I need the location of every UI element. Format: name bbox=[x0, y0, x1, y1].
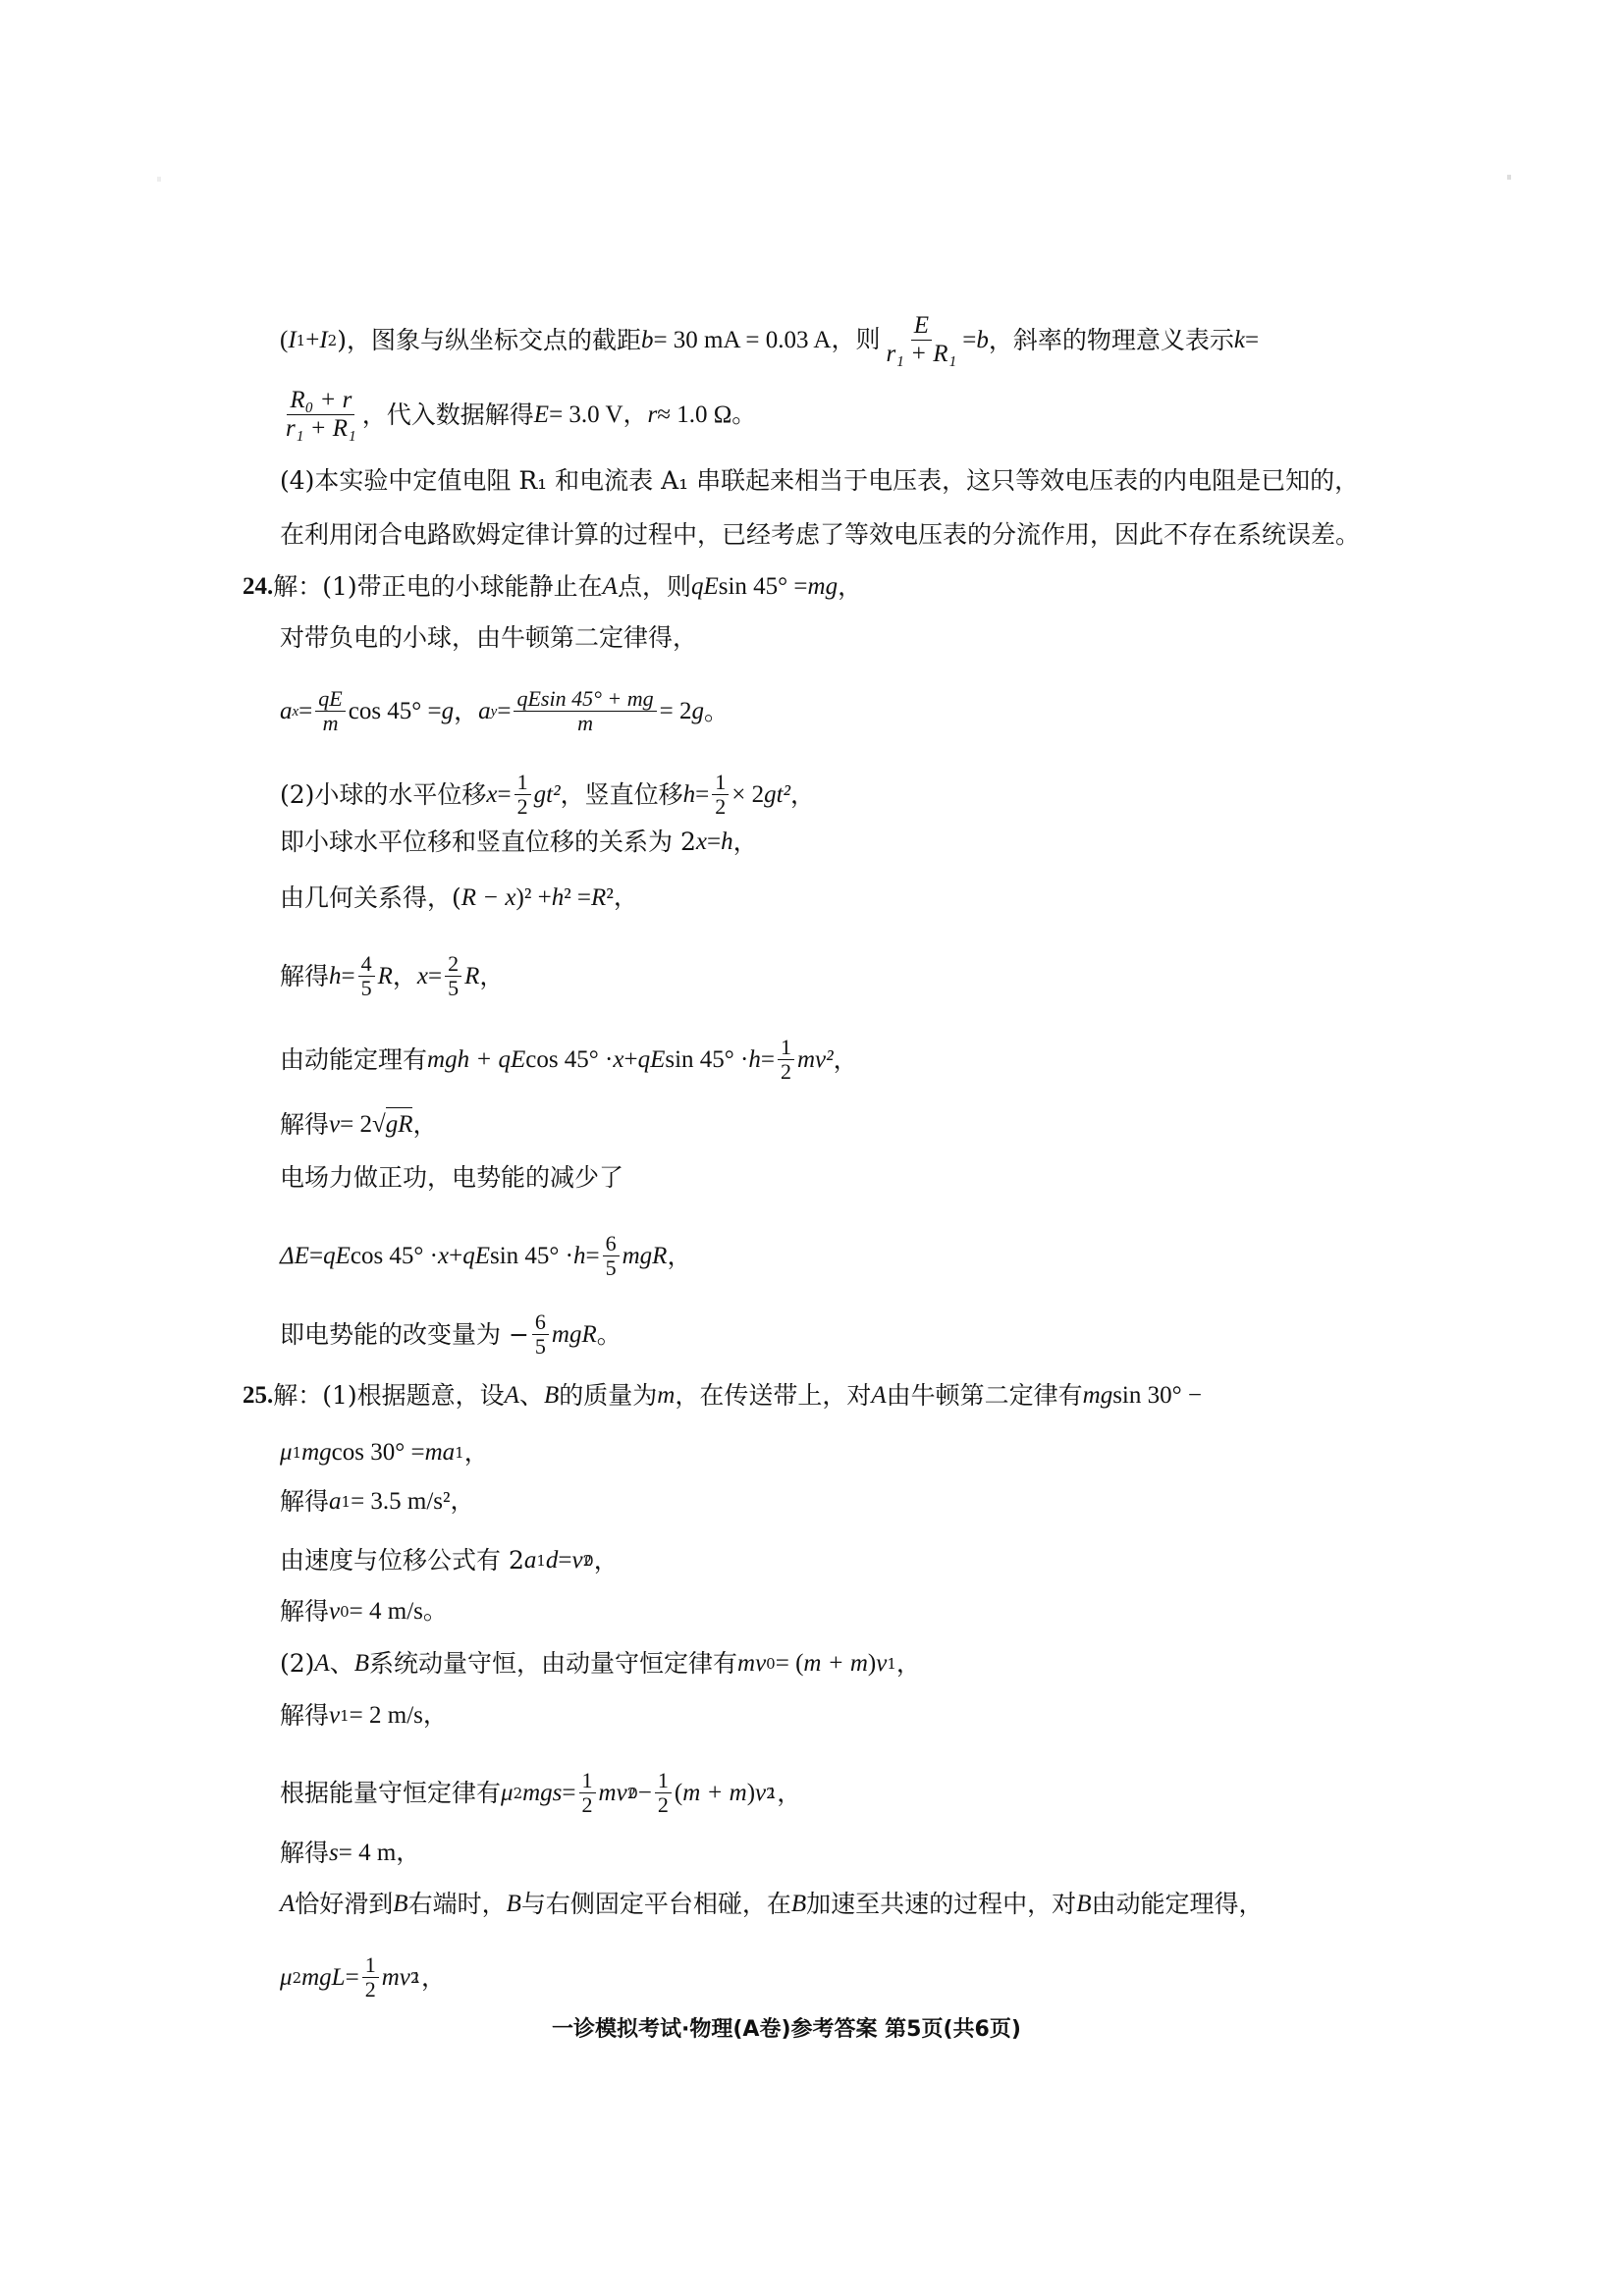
text: 在利用闭合电路欧姆定律计算的过程中，已经考虑了等效电压表的分流作用，因此不存在系… bbox=[280, 518, 1360, 552]
expr: mgh + qE bbox=[427, 1043, 525, 1077]
denominator: 5 bbox=[603, 1256, 620, 1280]
equation-a1: 解得 a1 = 3.5 m/s²， bbox=[280, 1485, 475, 1519]
denominator: 5 bbox=[358, 977, 375, 1000]
var-mu: μ bbox=[280, 1961, 293, 1995]
text: = ( bbox=[776, 1647, 804, 1681]
text: = 4 m， bbox=[339, 1837, 421, 1870]
text: ，竖直位移 bbox=[561, 778, 683, 812]
numerator: 6 bbox=[532, 1310, 549, 1335]
fraction: 45 bbox=[358, 952, 375, 1000]
sqrt-content: gR bbox=[386, 1107, 413, 1142]
text: )，图象与纵坐标交点的截距 bbox=[337, 324, 641, 357]
expr: mgR bbox=[623, 1240, 668, 1273]
var-E: E bbox=[534, 399, 549, 432]
var-d: d bbox=[546, 1544, 559, 1577]
text: (4)本实验中定值电阻 R₁ 和电流表 A₁ 串联起来相当于电压表，这只等效电压… bbox=[280, 464, 1359, 498]
denominator: 2 bbox=[712, 795, 729, 819]
expr: m + m bbox=[682, 1777, 746, 1810]
text: 解得 bbox=[280, 1699, 329, 1733]
text: sin 45° · bbox=[490, 1240, 573, 1273]
denominator: 2 bbox=[514, 795, 531, 819]
text: 解得 bbox=[280, 1595, 329, 1629]
sub: 1 bbox=[297, 324, 306, 357]
numerator: qE bbox=[315, 687, 345, 712]
text-line-intercept: (I1+I2)，图象与纵坐标交点的截距 b = 30 mA = 0.03 A，则… bbox=[280, 312, 1259, 368]
text: 、 bbox=[330, 1647, 354, 1681]
numerator: R₀ + r bbox=[287, 387, 354, 415]
question-24-header: 24.解：(1)带正电的小球能静止在 A 点，则 qEsin 45° = mg， bbox=[243, 570, 862, 604]
var-mu: μ bbox=[280, 1436, 293, 1469]
var-v: v bbox=[329, 1108, 340, 1142]
text: 。 bbox=[704, 695, 729, 728]
text: (2) bbox=[280, 1647, 314, 1681]
expr: mgR bbox=[552, 1318, 597, 1352]
equation-kinematics: 由速度与位移公式有 2a1d = v20， bbox=[280, 1544, 619, 1577]
text: 即电势能的改变量为 − bbox=[280, 1318, 529, 1352]
text: = 30 mA = 0.03 A，则 bbox=[653, 324, 880, 357]
text: ，代入数据解得 bbox=[362, 399, 534, 432]
text: ) bbox=[868, 1647, 876, 1681]
expr: m + m bbox=[803, 1647, 867, 1681]
sub: 1 bbox=[340, 1699, 350, 1733]
var-h: h bbox=[721, 826, 733, 859]
var-mv: mv bbox=[599, 1777, 627, 1810]
equals: = bbox=[586, 1240, 600, 1273]
text: 系统动量守恒，由动量守恒定律有 bbox=[369, 1647, 737, 1681]
equation-work-energy-b: μ2mgL = 12 mv21， bbox=[280, 1953, 446, 2002]
text: ， bbox=[393, 960, 417, 993]
text: ) bbox=[747, 1777, 755, 1810]
equation-delta-e: ΔE = qEcos 45° · x + qEsin 45° · h = 65 … bbox=[280, 1232, 691, 1280]
numerator: 1 bbox=[778, 1036, 794, 1060]
var-B: B bbox=[354, 1647, 369, 1681]
text: 与右侧固定平台相碰，在 bbox=[521, 1888, 791, 1921]
text-line-part4-a: (4)本实验中定值电阻 R₁ 和电流表 A₁ 串联起来相当于电压表，这只等效电压… bbox=[280, 464, 1359, 498]
equation-friction: μ1mgcos 30° = ma1， bbox=[280, 1436, 489, 1469]
text: 加速至共速的过程中，对 bbox=[806, 1888, 1076, 1921]
denominator: m bbox=[320, 712, 342, 735]
var-qE: qE bbox=[691, 570, 719, 604]
equation-geometry: 由几何关系得，(R − x)² + h² = R²， bbox=[280, 881, 638, 915]
text: 即小球水平位移和竖直位移的关系为 2 bbox=[280, 826, 696, 859]
var-k: k bbox=[1234, 324, 1245, 357]
text-line-result-e-r: R₀ + rr₁ + R₁ ，代入数据解得 E = 3.0 V，r ≈ 1.0 … bbox=[280, 387, 756, 443]
numerator: 2 bbox=[445, 952, 461, 977]
denominator: 2 bbox=[778, 1060, 794, 1084]
equals: = bbox=[497, 695, 511, 728]
text: = 2 m/s， bbox=[350, 1699, 448, 1733]
text: ， bbox=[733, 826, 758, 859]
text: cos 30° = bbox=[332, 1436, 425, 1469]
numerator: 1 bbox=[579, 1769, 596, 1793]
equals: = bbox=[695, 778, 709, 812]
fraction-half: 12 bbox=[712, 771, 729, 819]
var-a: a bbox=[280, 695, 293, 728]
equation-s: 解得 s = 4 m， bbox=[280, 1837, 420, 1870]
var-R: R bbox=[464, 960, 479, 993]
var-v: v bbox=[329, 1699, 340, 1733]
var-h: h bbox=[552, 881, 565, 915]
var-qE: qE bbox=[462, 1240, 490, 1273]
sub: 2 bbox=[293, 1961, 302, 1995]
text: sin 45° = bbox=[719, 570, 808, 604]
text: (2)小球的水平位移 bbox=[280, 778, 486, 812]
sub: 0 bbox=[340, 1595, 350, 1629]
sub: 1 bbox=[411, 1961, 421, 1995]
var-s: s bbox=[329, 1837, 339, 1870]
text: ， bbox=[896, 1647, 921, 1681]
text: = 3.5 m/s²， bbox=[351, 1485, 474, 1519]
var-qE: qE bbox=[638, 1043, 666, 1077]
question-number-25: 25. bbox=[243, 1379, 273, 1413]
var-a: a bbox=[329, 1485, 342, 1519]
text: 解得 bbox=[280, 1837, 329, 1870]
var-mg: mg bbox=[808, 570, 839, 604]
sub: 2 bbox=[328, 324, 338, 357]
text-line: 即小球水平位移和竖直位移的关系为 2x = h， bbox=[280, 826, 758, 859]
equation-v1: 解得 v1 = 2 m/s， bbox=[280, 1699, 448, 1733]
equation-solution-h-x: 解得 h = 45 R，x = 25 R， bbox=[280, 952, 504, 1000]
text: sin 30° − bbox=[1112, 1379, 1202, 1413]
var-v: v bbox=[572, 1544, 583, 1577]
text: 由几何关系得，( bbox=[280, 881, 461, 915]
var-h: h bbox=[748, 1043, 761, 1077]
var-B: B bbox=[1076, 1888, 1091, 1921]
var-A: A bbox=[314, 1647, 329, 1681]
var-gt2: gt² bbox=[764, 778, 790, 812]
var-x: x bbox=[486, 778, 497, 812]
text-line: 对带负电的小球，由牛顿第二定律得， bbox=[280, 621, 697, 655]
equation-v0: 解得 v0 = 4 m/s。 bbox=[280, 1595, 448, 1629]
text-line-collision: A 恰好滑到 B 右端时，B 与右侧固定平台相碰，在 B 加速至共速的过程中，对… bbox=[280, 1888, 1263, 1921]
var-B: B bbox=[507, 1888, 521, 1921]
var-mg: mg bbox=[1083, 1379, 1113, 1413]
var-R: R bbox=[591, 881, 606, 915]
numerator: 4 bbox=[358, 952, 375, 977]
equals: = bbox=[498, 778, 512, 812]
question-25-header: 25.解：(1)根据题意，设 A、B 的质量为 m，在传送带上，对 A 由牛顿第… bbox=[243, 1379, 1202, 1413]
fraction-half: 12 bbox=[579, 1769, 596, 1817]
var-B: B bbox=[393, 1888, 407, 1921]
var-mv: mv bbox=[382, 1961, 410, 1995]
var-g: g bbox=[442, 695, 455, 728]
var-b: b bbox=[641, 324, 654, 357]
equation-momentum: (2)A、B 系统动量守恒，由动量守恒定律有 mv0 = (m + m)v1， bbox=[280, 1647, 921, 1681]
var-A: A bbox=[280, 1888, 295, 1921]
text: ， bbox=[667, 1240, 691, 1273]
sub: 0 bbox=[584, 1544, 594, 1577]
equation-displacement: (2)小球的水平位移 x = 12 gt²，竖直位移 h = 12 × 2gt²… bbox=[280, 771, 815, 819]
text: sin 45° · bbox=[665, 1043, 748, 1077]
fraction: 25 bbox=[445, 952, 461, 1000]
var-R: R bbox=[378, 960, 393, 993]
sub: 1 bbox=[768, 1777, 778, 1810]
sub: 1 bbox=[293, 1436, 302, 1469]
text: 、 bbox=[519, 1379, 544, 1413]
plus: + bbox=[449, 1240, 462, 1273]
plus: + bbox=[305, 324, 319, 357]
equation-work-energy: 由动能定理有 mgh + qEcos 45° · x + qEsin 45° ·… bbox=[280, 1036, 858, 1084]
fraction-half: 12 bbox=[362, 1953, 379, 2002]
text: × 2 bbox=[731, 778, 764, 812]
fraction-half: 12 bbox=[514, 771, 531, 819]
fraction-e-over-r: Er₁ + R₁ bbox=[883, 312, 959, 368]
equals: = bbox=[298, 695, 312, 728]
text: 由动能定理得， bbox=[1091, 1888, 1263, 1921]
text: ， bbox=[777, 1777, 801, 1810]
fraction-half: 12 bbox=[655, 1769, 672, 1817]
fraction-slope: R₀ + rr₁ + R₁ bbox=[283, 387, 359, 443]
text: 的质量为 bbox=[559, 1379, 657, 1413]
text: = 2 bbox=[660, 695, 692, 728]
text: 由动能定理有 bbox=[280, 1043, 427, 1077]
expr: mv² bbox=[797, 1043, 834, 1077]
equals: = bbox=[309, 1240, 323, 1273]
text: 由牛顿第二定律有 bbox=[887, 1379, 1083, 1413]
var-a: a bbox=[478, 695, 491, 728]
equation-energy-conservation: 根据能量守恒定律有 μ2mgs = 12 mv20 − 12 (m + m)v2… bbox=[280, 1769, 801, 1817]
text: ²， bbox=[606, 881, 638, 915]
scan-speck bbox=[1507, 175, 1511, 180]
denominator: m bbox=[574, 712, 596, 735]
fraction: 65 bbox=[603, 1232, 620, 1280]
fraction: qEsin 45° + mgm bbox=[514, 687, 656, 735]
text: ， bbox=[790, 778, 815, 812]
denominator: 2 bbox=[579, 1793, 596, 1817]
denominator: 5 bbox=[532, 1335, 549, 1359]
text-line-part4-b: 在利用闭合电路欧姆定律计算的过程中，已经考虑了等效电压表的分流作用，因此不存在系… bbox=[280, 518, 1360, 552]
text: 电场力做正功，电势能的减少了 bbox=[280, 1161, 623, 1195]
scan-speck bbox=[157, 177, 161, 182]
var-delta-E: ΔE bbox=[280, 1240, 309, 1273]
equals: = bbox=[562, 1777, 575, 1810]
denominator: r₁ + R₁ bbox=[283, 415, 359, 443]
var-A: A bbox=[871, 1379, 886, 1413]
sub: 0 bbox=[766, 1647, 776, 1681]
text-line: 电场力做正功，电势能的减少了 bbox=[280, 1161, 623, 1195]
text: 解得 bbox=[280, 960, 329, 993]
text: 由速度与位移公式有 2 bbox=[280, 1544, 524, 1577]
numerator: 1 bbox=[514, 771, 531, 795]
var-h: h bbox=[573, 1240, 586, 1273]
text: cos 45° = bbox=[349, 695, 442, 728]
var-gt2: gt² bbox=[534, 778, 561, 812]
text: 对带负电的小球，由牛顿第二定律得， bbox=[280, 621, 697, 655]
var-h: h bbox=[329, 960, 342, 993]
text: ，在传送带上，对 bbox=[675, 1379, 871, 1413]
sub: y bbox=[491, 695, 498, 728]
var-qE: qE bbox=[323, 1240, 351, 1273]
equals: = bbox=[962, 324, 976, 357]
expr: mgL bbox=[301, 1961, 345, 1995]
fraction: qEm bbox=[315, 687, 345, 735]
equals: = bbox=[707, 826, 721, 859]
equals: = bbox=[342, 960, 355, 993]
fraction-half: 12 bbox=[778, 1036, 794, 1084]
var-x: x bbox=[613, 1043, 623, 1077]
page-footer: 一诊模拟考试·物理(A卷)参考答案 第5页(共6页) bbox=[552, 2012, 1021, 2043]
text: ， bbox=[479, 960, 504, 993]
equals: = bbox=[761, 1043, 775, 1077]
var-mg: mg bbox=[301, 1436, 332, 1469]
numerator: 6 bbox=[603, 1232, 620, 1256]
text: ， bbox=[834, 1043, 858, 1077]
denominator: r₁ + R₁ bbox=[883, 341, 959, 368]
text: 。 bbox=[597, 1318, 622, 1352]
text: )² + bbox=[516, 881, 552, 915]
text: = 3.0 V， bbox=[549, 399, 647, 432]
numerator: 1 bbox=[362, 1953, 379, 1978]
sub: 2 bbox=[514, 1777, 523, 1810]
text: 右端时， bbox=[408, 1888, 507, 1921]
equation-acceleration: ax = qEm cos 45° = g，ay = qEsin 45° + mg… bbox=[280, 687, 729, 735]
equals: = bbox=[428, 960, 442, 993]
question-number-24: 24. bbox=[243, 570, 273, 604]
text: 解得 bbox=[280, 1485, 329, 1519]
var-I: I bbox=[319, 324, 327, 357]
denominator: 2 bbox=[655, 1793, 672, 1817]
var-v: v bbox=[876, 1647, 887, 1681]
text: ≈ 1.0 Ω。 bbox=[657, 399, 756, 432]
text: 解得 bbox=[280, 1108, 329, 1142]
var-m: m bbox=[657, 1379, 675, 1413]
fraction: 65 bbox=[532, 1310, 549, 1359]
var-h: h bbox=[683, 778, 696, 812]
text: ， bbox=[838, 570, 862, 604]
var-A: A bbox=[603, 570, 618, 604]
var-x: x bbox=[438, 1240, 449, 1273]
denominator: 2 bbox=[362, 1978, 379, 2002]
var-B: B bbox=[544, 1379, 559, 1413]
text: cos 45° · bbox=[351, 1240, 438, 1273]
var-B: B bbox=[791, 1888, 806, 1921]
text: ， bbox=[464, 1436, 489, 1469]
sub: x bbox=[293, 695, 299, 728]
text: 解：(1)根据题意，设 bbox=[273, 1379, 504, 1413]
equals: = bbox=[346, 1961, 359, 1995]
text: = 4 m/s。 bbox=[350, 1595, 448, 1629]
text: ， bbox=[594, 1544, 619, 1577]
text: = 2√ bbox=[340, 1108, 386, 1142]
var-g: g bbox=[691, 695, 704, 728]
equation-potential-change: 即电势能的改变量为 − 65 mgR。 bbox=[280, 1310, 622, 1359]
equation-velocity: 解得 v = 2√gR， bbox=[280, 1107, 438, 1142]
numerator: E bbox=[911, 312, 932, 341]
text: ( bbox=[675, 1777, 682, 1810]
var-b: b bbox=[976, 324, 989, 357]
equals: = bbox=[558, 1544, 571, 1577]
var-x: x bbox=[696, 826, 707, 859]
var-v: v bbox=[755, 1777, 766, 1810]
var-mu: μ bbox=[501, 1777, 514, 1810]
sub: 1 bbox=[536, 1544, 546, 1577]
sub: 0 bbox=[628, 1777, 638, 1810]
expr: mgs bbox=[522, 1777, 562, 1810]
text: ² = bbox=[564, 881, 591, 915]
var-a: a bbox=[524, 1544, 537, 1577]
var-A: A bbox=[505, 1379, 519, 1413]
var-x: x bbox=[417, 960, 428, 993]
numerator: 1 bbox=[655, 1769, 672, 1793]
var-ma: ma bbox=[425, 1436, 456, 1469]
sub: 1 bbox=[342, 1485, 352, 1519]
numerator: qEsin 45° + mg bbox=[514, 687, 656, 712]
text: cos 45° · bbox=[525, 1043, 613, 1077]
denominator: 5 bbox=[445, 977, 461, 1000]
text: ， bbox=[454, 695, 478, 728]
text: 解：(1)带正电的小球能静止在 bbox=[273, 570, 602, 604]
numerator: 1 bbox=[712, 771, 729, 795]
sub: 1 bbox=[455, 1436, 464, 1469]
minus: − bbox=[638, 1777, 652, 1810]
expr: R − x bbox=[461, 881, 516, 915]
text: 点，则 bbox=[618, 570, 691, 604]
plus: + bbox=[623, 1043, 637, 1077]
var-mv: mv bbox=[737, 1647, 766, 1681]
var-r: r bbox=[648, 399, 658, 432]
text: ， bbox=[421, 1961, 446, 1995]
text: ，斜率的物理意义表示 bbox=[989, 324, 1234, 357]
var-I: I bbox=[288, 324, 296, 357]
equals: = bbox=[1245, 324, 1259, 357]
text: ， bbox=[412, 1108, 437, 1142]
text: 恰好滑到 bbox=[295, 1888, 393, 1921]
sub: 1 bbox=[887, 1647, 896, 1681]
var-v: v bbox=[329, 1595, 340, 1629]
text: 根据能量守恒定律有 bbox=[280, 1777, 501, 1810]
